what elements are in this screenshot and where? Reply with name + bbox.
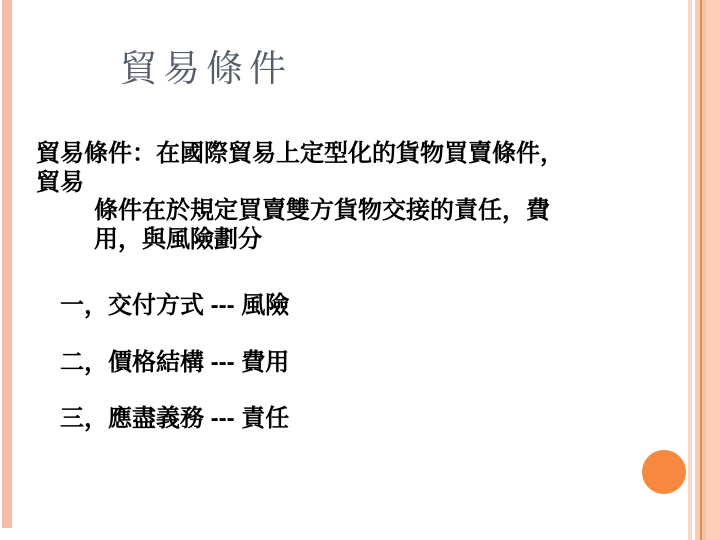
accent-circle: [642, 450, 686, 494]
definition-line-3: 條件在於規定買賣雙方貨物交接的責任，費: [36, 197, 686, 226]
trade-term-list: 一，交付方式 --- 風險 二，價格結構 --- 費用 三，應盡義務 --- 責…: [60, 292, 289, 462]
definition-line-1: 貿易條件：在國際貿易上定型化的貨物買賣條件，: [36, 140, 686, 169]
trade-term-item-2: 二，價格結構 --- 費用: [60, 349, 289, 377]
trade-term-item-3: 三，應盡義務 --- 責任: [60, 405, 289, 433]
definition-line-4: 用，與風險劃分: [36, 226, 686, 255]
left-border-stripe: [2, 0, 12, 528]
definition-paragraph: 貿易條件：在國際貿易上定型化的貨物買賣條件， 貿易 條件在於規定買賣雙方貨物交接…: [36, 140, 686, 254]
presentation-slide: 貿易條件 貿易條件：在國際貿易上定型化的貨物買賣條件， 貿易 條件在於規定買賣雙…: [0, 0, 720, 540]
right-border-stripe-4: [706, 0, 720, 540]
trade-term-item-1: 一，交付方式 --- 風險: [60, 292, 289, 320]
right-border-stripe-1: [688, 0, 692, 540]
slide-title: 貿易條件: [120, 38, 292, 92]
definition-line-2: 貿易: [36, 169, 686, 198]
